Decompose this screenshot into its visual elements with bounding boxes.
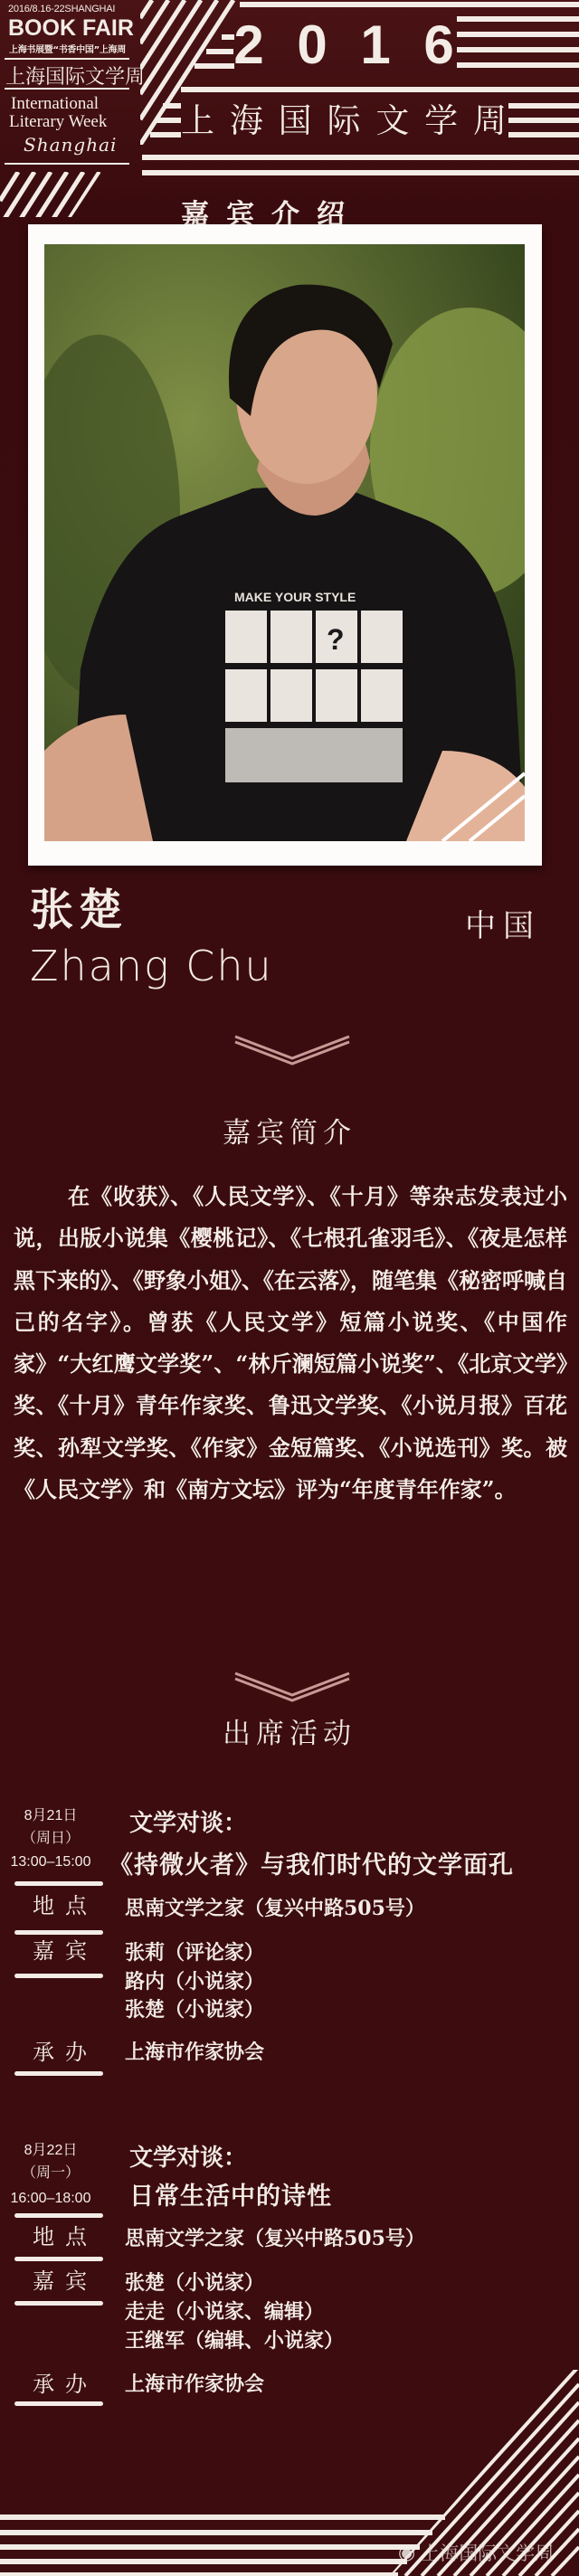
guests-label: 嘉宾 (16, 2268, 103, 2295)
event-venue: 思南文学之家（复兴中路505号） (125, 2225, 425, 2252)
chevron-down-icon (233, 1031, 351, 1067)
event-weekday: （周一） (0, 2162, 101, 2185)
event-kicker: 文学对谈： (129, 1804, 247, 1838)
guests-label: 嘉宾 (16, 1937, 103, 1965)
event-title: 《持微火者》与我们时代的文学面孔 (109, 1845, 514, 1880)
event-guest: 张莉（评论家） (125, 1939, 264, 1966)
event-guest: 走走（小说家、编辑） (125, 2298, 324, 2325)
event-guest: 路内（小说家） (125, 1968, 264, 1995)
wechat-watermark: ◉ 上海国际文学周 (398, 2539, 554, 2566)
event-weekday: （周日） (0, 1827, 101, 1851)
divider (14, 1881, 103, 1886)
event-date: 8月21日 (0, 1804, 101, 1828)
event-guest: 张楚（小说家） (125, 1996, 264, 2023)
events-section-title: 出席活动 (0, 1716, 579, 1752)
event-venue: 思南文学之家（复兴中路505号） (125, 1895, 425, 1922)
event-organizer: 上海市作家协会 (125, 2039, 264, 2066)
event-guest: 王继军（编辑、小说家） (125, 2327, 344, 2354)
guest-bio: 在《收获》、《人民文学》、《十月》等杂志发表过小说，出版小说集《樱桃记》、《七根… (14, 1176, 567, 1511)
guest-photo: MAKE YOUR STYLE ? (44, 244, 525, 841)
event-guest: 张楚（小说家） (125, 2269, 264, 2297)
chevron-down-icon (233, 1668, 351, 1704)
wechat-icon: ◉ (398, 2542, 415, 2564)
guest-name-en: Zhang Chu (30, 941, 273, 991)
divider (14, 2257, 103, 2261)
divider (14, 2071, 103, 2076)
guest-country: 中国 (465, 908, 541, 944)
svg-text:?: ? (327, 623, 345, 656)
bio-section-title: 嘉宾简介 (0, 1115, 579, 1151)
year-title: 2 0 1 6 (226, 13, 461, 78)
divider (14, 1974, 103, 1978)
event-time: 16:00–18:00 (0, 2187, 101, 2211)
event-title: 日常生活中的诗性 (129, 2176, 332, 2211)
divider (14, 2213, 103, 2218)
venue-label: 地点 (16, 1892, 103, 1919)
divider (14, 1930, 103, 1935)
divider (14, 2301, 103, 2306)
guest-photo-frame: MAKE YOUR STYLE ? (28, 224, 542, 866)
svg-text:MAKE YOUR STYLE: MAKE YOUR STYLE (234, 590, 356, 604)
portrait-illustration: MAKE YOUR STYLE ? (44, 244, 525, 841)
guest-name-cn: 张楚 (30, 885, 128, 935)
venue-label: 地点 (16, 2223, 103, 2250)
organizer-label: 承办 (16, 2039, 103, 2066)
event-kicker: 文学对谈： (129, 2139, 247, 2173)
event-title: 上海 国际 文学 周 (181, 99, 507, 143)
event-time: 13:00–15:00 (0, 1851, 101, 1874)
event-date: 8月22日 (0, 2139, 101, 2163)
